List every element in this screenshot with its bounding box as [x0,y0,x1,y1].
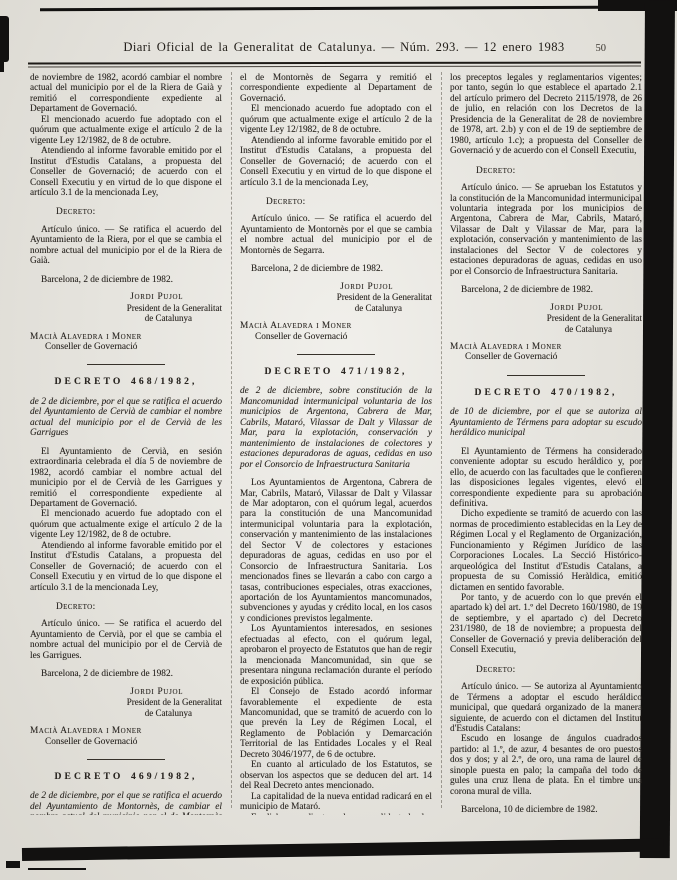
paragraph: En cuanto al articulado de los Estatutos… [240,760,432,791]
separator-rule [507,375,585,376]
signature-title: President de la Generalitat [30,697,222,707]
masthead-title: Diari Oficial de la Generalitat de Catal… [28,40,640,55]
paragraph: El mencionado acuerdo fue adoptado con e… [30,509,222,540]
paragraph: Atendiendo al informe favorable emitido … [30,146,222,198]
paragraph: El Consejo de Estado acordó informar fav… [240,687,432,760]
dateline: Barcelona, 2 de diciembre de 1982. [30,275,222,285]
paragraph: Artículo único. — Se ratifica el acuerdo… [240,214,432,256]
scan-artifact-bottom-tick [28,868,86,870]
decree-heading: DECRETO 471/1982, [240,367,432,377]
decree-heading: DECRETO 468/1982, [30,377,222,387]
decreto-label: Decreto: [266,197,432,207]
dateline: Barcelona, 2 de diciembre de 1982. [450,285,642,295]
paragraph: El Ayuntamiento de Cervià, en sesión ext… [30,447,222,510]
signature-name: Jordi Pujol [30,292,222,302]
decreto-label: Decreto: [476,665,642,675]
column-3: los preceptos legales y reglamentarios v… [450,73,642,815]
signature-title: Conseller de Governació [30,342,222,352]
header-rule-thick [28,61,641,64]
scan-artifact-left-blob-2 [0,60,4,72]
separator-rule [87,364,165,365]
column-2: el de Montornès de Segarra y remitió el … [240,73,432,815]
decree-subtitle: de 2 de diciembre, por el que se ratific… [30,397,222,439]
paragraph: El mencionado acuerdo fue adoptado con e… [30,115,222,146]
signature-title: President de la Generalitat [30,303,222,313]
separator-rule [297,354,375,355]
paragraph: Escudo en losange de ángulos cuadrados p… [450,734,642,797]
signature-title: Conseller de Governació [450,352,642,362]
decreto-label: Decreto: [56,602,222,612]
paragraph: Artículo único. — Se ratifica el acuerdo… [30,619,222,661]
signature-title: President de la Generalitat [240,292,432,302]
decreto-label: Decreto: [56,207,222,217]
paragraph: El mencionado acuerdo fue adoptado con e… [240,104,432,135]
decree-subtitle: de 2 de diciembre, por el que se ratific… [30,791,222,815]
scan-artifact-bottom-tick-2 [6,861,20,868]
page-number: 50 [596,43,607,54]
signature-name: Macià Alavedra i Moner [240,321,432,331]
paragraph: los preceptos legales y reglamentarios v… [450,73,642,157]
paragraph: Los Ayuntamientos de Argentona, Cabrera … [240,478,432,624]
dateline: Barcelona, 2 de diciembre de 1982. [240,264,432,274]
decree-heading: DECRETO 469/1982, [30,772,222,782]
paragraph: Atendiendo al informe favorable emitido … [30,541,222,593]
signature-title: Conseller de Governació [30,737,222,747]
signature-title: de Catalunya [240,303,432,313]
dateline: Barcelona, 2 de diciembre de 1982. [30,669,222,679]
paragraph: Dicho expediente se tramitó de acuerdo c… [450,509,642,593]
decree-heading: DECRETO 470/1982, [450,388,642,398]
paragraph: Los Ayuntamientos interesados, en sesion… [240,624,432,687]
paragraph: Artículo único. — Se autoriza al Ayuntam… [450,682,642,734]
signature-name: Jordi Pujol [30,687,222,697]
column-1: de noviembre de 1982, acordó cambiar el … [30,73,222,815]
paragraph: El Ayuntamiento de Térmens ha considerad… [450,447,642,510]
paragraph: En dicho expediente se han cumplido toda… [240,813,432,815]
signature-name: Macià Alavedra i Moner [30,726,222,736]
scan-artifact-right-band [640,0,675,858]
paragraph: Atendiendo al informe favorable emitido … [240,136,432,188]
signature-title: President de la Generalitat [450,313,642,323]
signature-title: Conseller de Governació [240,332,432,342]
signature-title: de Catalunya [30,313,222,323]
decree-subtitle: de 10 de diciembre, por el que se autori… [450,407,642,438]
header-rule-thin [28,65,641,67]
signature-title: de Catalunya [30,708,222,718]
paragraph: Artículo único. — Se ratifica el acuerdo… [30,225,222,267]
scan-artifact-left-blob [0,16,9,62]
signature-title: de Catalunya [450,324,642,334]
page-body: de noviembre de 1982, acordó cambiar el … [30,73,642,815]
dateline: Barcelona, 10 de diciembre de 1982. [450,805,642,815]
page-header: Diari Oficial de la Generalitat de Catal… [28,40,640,55]
paragraph: Por tanto, y de acuerdo con lo que prevé… [450,593,642,656]
signature-name: Macià Alavedra i Moner [30,332,222,342]
decree-subtitle: de 2 de diciembre, sobre constitución de… [240,386,432,470]
signature-name: Macià Alavedra i Moner [450,342,642,352]
scan-artifact-bottom-bar [22,838,664,861]
paragraph: Artículo único. — Se aprueban los Estatu… [450,183,642,277]
scan-artifact-top-line [40,6,602,11]
paragraph: La capitalidad de la nueva entidad radic… [240,792,432,813]
paragraph: el de Montornès de Segarra y remitió el … [240,73,432,104]
decreto-label: Decreto: [476,166,642,176]
paragraph: de noviembre de 1982, acordó cambiar el … [30,73,222,115]
signature-name: Jordi Pujol [450,303,642,313]
signature-name: Jordi Pujol [240,282,432,292]
separator-rule [87,759,165,760]
